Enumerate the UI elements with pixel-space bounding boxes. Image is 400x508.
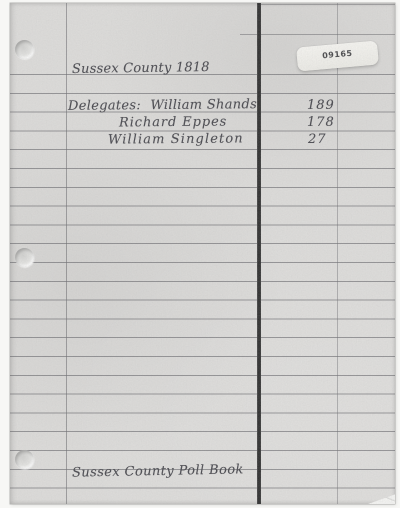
- delegates-label: Delegates:: [68, 98, 141, 114]
- left-margin-rule: [66, 3, 67, 504]
- page-corner-curl: [368, 493, 395, 504]
- ledger-page: 09165 Sussex County 1818 Delegates: Will…: [10, 3, 395, 504]
- punch-hole-middle: [15, 248, 34, 267]
- top-partial-rule-1: [260, 4, 395, 5]
- page-title: Sussex County 1818: [72, 60, 210, 77]
- delegate-votes: 178: [307, 115, 335, 130]
- punch-hole-bottom: [15, 450, 34, 469]
- center-divider-rule: [257, 3, 261, 504]
- delegate-name: William Singleton: [108, 131, 244, 147]
- amount-column-rule: [337, 3, 338, 504]
- delegate-row: Delegates: William Shands: [68, 97, 257, 114]
- punch-hole-top: [15, 40, 34, 59]
- top-partial-rule-2: [240, 34, 395, 35]
- delegate-name: Richard Eppes: [119, 115, 227, 131]
- delegate-name: William Shands: [150, 97, 257, 113]
- catalog-sticker: 09165: [296, 41, 379, 72]
- delegate-votes: 189: [307, 98, 335, 113]
- sticker-number: 09165: [322, 49, 353, 61]
- scan-background: 09165 Sussex County 1818 Delegates: Will…: [0, 0, 400, 508]
- delegate-votes: 27: [308, 132, 327, 147]
